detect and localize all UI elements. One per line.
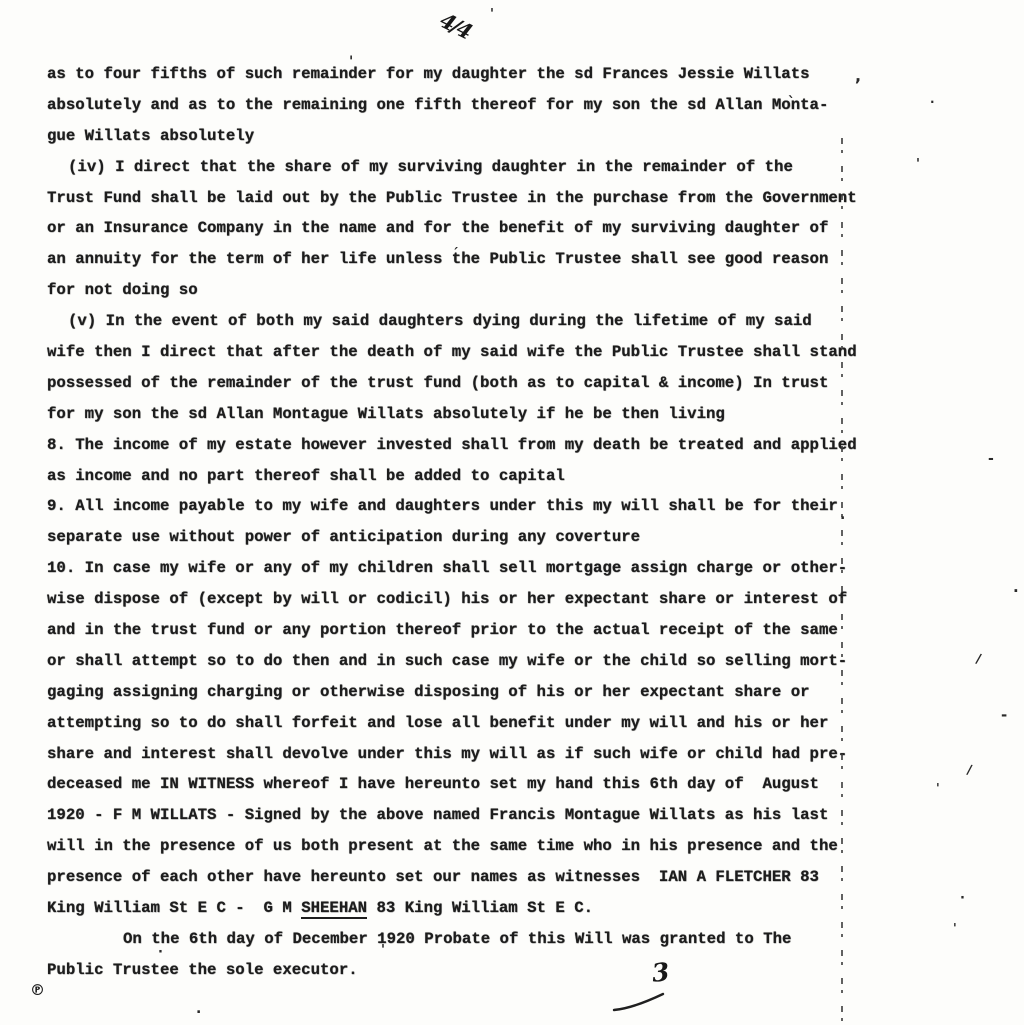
text-line: for not doing so <box>47 275 917 306</box>
text-line: 10. In case my wife or any of my childre… <box>47 553 917 584</box>
handwritten-folio-mark: 4/4 <box>436 7 475 43</box>
ink-speck: / <box>975 653 982 667</box>
text-line: Public Trustee the sole executor. <box>47 955 917 986</box>
scanned-will-page: 4/4 as to four fifths of such remainder … <box>0 0 1024 1025</box>
text-line: wise dispose of (except by will or codic… <box>47 584 917 615</box>
witness-address-post: 83 King William St E C. <box>367 899 593 917</box>
handwritten-page-number: 3 <box>651 957 671 988</box>
text-line: 9. All income payable to my wife and dau… <box>47 491 917 522</box>
text-line: an annuity for the term of her life unle… <box>47 244 917 275</box>
text-line: absolutely and as to the remaining one f… <box>47 90 917 121</box>
text-line: as to four fifths of such remainder for … <box>47 59 917 90</box>
ink-speck: - <box>988 452 994 466</box>
ink-speck: ' <box>349 55 353 69</box>
text-line: 1920 - F M WILLATS - Signed by the above… <box>47 800 917 831</box>
ink-speck: ' <box>916 158 920 171</box>
text-line: gue Willats absolutely <box>47 121 917 152</box>
text-line: deceased me IN WITNESS whereof I have he… <box>47 769 917 800</box>
text-line: separate use without power of anticipati… <box>47 522 917 553</box>
text-line: (iv) I direct that the share of my survi… <box>47 152 917 183</box>
text-line: will in the presence of us both present … <box>47 831 917 862</box>
ink-speck: ' <box>953 922 957 934</box>
text-line: or shall attempt so to do then and in su… <box>47 646 917 677</box>
text-line: gaging assigning charging or otherwise d… <box>47 677 917 708</box>
ink-speck: ` <box>788 96 795 110</box>
ink-speck: ' <box>490 8 494 21</box>
witness-address-pre: King William St E C - G M <box>47 899 301 917</box>
ink-speck: , <box>855 68 861 84</box>
paraph-mark: ℗ <box>30 981 45 999</box>
text-line: 8. The income of my estate however inves… <box>47 430 917 461</box>
fold-crease-line <box>841 138 843 1022</box>
witness-name-underlined: SHEEHAN <box>301 899 367 919</box>
text-line: or an Insurance Company in the name and … <box>47 213 917 244</box>
ink-speck: ' <box>936 782 940 794</box>
text-line: presence of each other have hereunto set… <box>47 862 917 893</box>
text-line: On the 6th day of December 1920 Probate … <box>47 924 917 955</box>
ink-speck: . <box>1013 580 1019 595</box>
ink-speck: · <box>930 96 935 108</box>
text-line: wife then I direct that after the death … <box>47 337 917 368</box>
text-line: attempting so to do shall forfeit and lo… <box>47 708 917 739</box>
ink-speck: - <box>1001 708 1007 723</box>
ink-speck: / <box>966 764 973 778</box>
text-line: possessed of the remainder of the trust … <box>47 368 917 399</box>
ink-speck: · <box>960 892 965 905</box>
pen-swoosh-underline <box>612 992 666 1012</box>
ink-speck: . <box>196 1002 201 1016</box>
text-line: for my son the sd Allan Montague Willats… <box>47 399 917 430</box>
text-line: Trust Fund shall be laid out by the Publ… <box>47 183 917 214</box>
ink-speck: ' <box>381 944 385 957</box>
ink-speck: . <box>840 508 845 522</box>
text-line: share and interest shall devolve under t… <box>47 739 917 770</box>
ink-speck: · <box>158 946 163 959</box>
ink-speck: ´ <box>452 248 459 261</box>
text-line: and in the trust fund or any portion the… <box>47 615 917 646</box>
witness-signature-line: King William St E C - G M SHEEHAN 83 Kin… <box>47 893 917 924</box>
text-line: as income and no part thereof shall be a… <box>47 461 917 492</box>
text-line: (v) In the event of both my said daughte… <box>47 306 917 337</box>
will-text-block: as to four fifths of such remainder for … <box>47 59 917 986</box>
